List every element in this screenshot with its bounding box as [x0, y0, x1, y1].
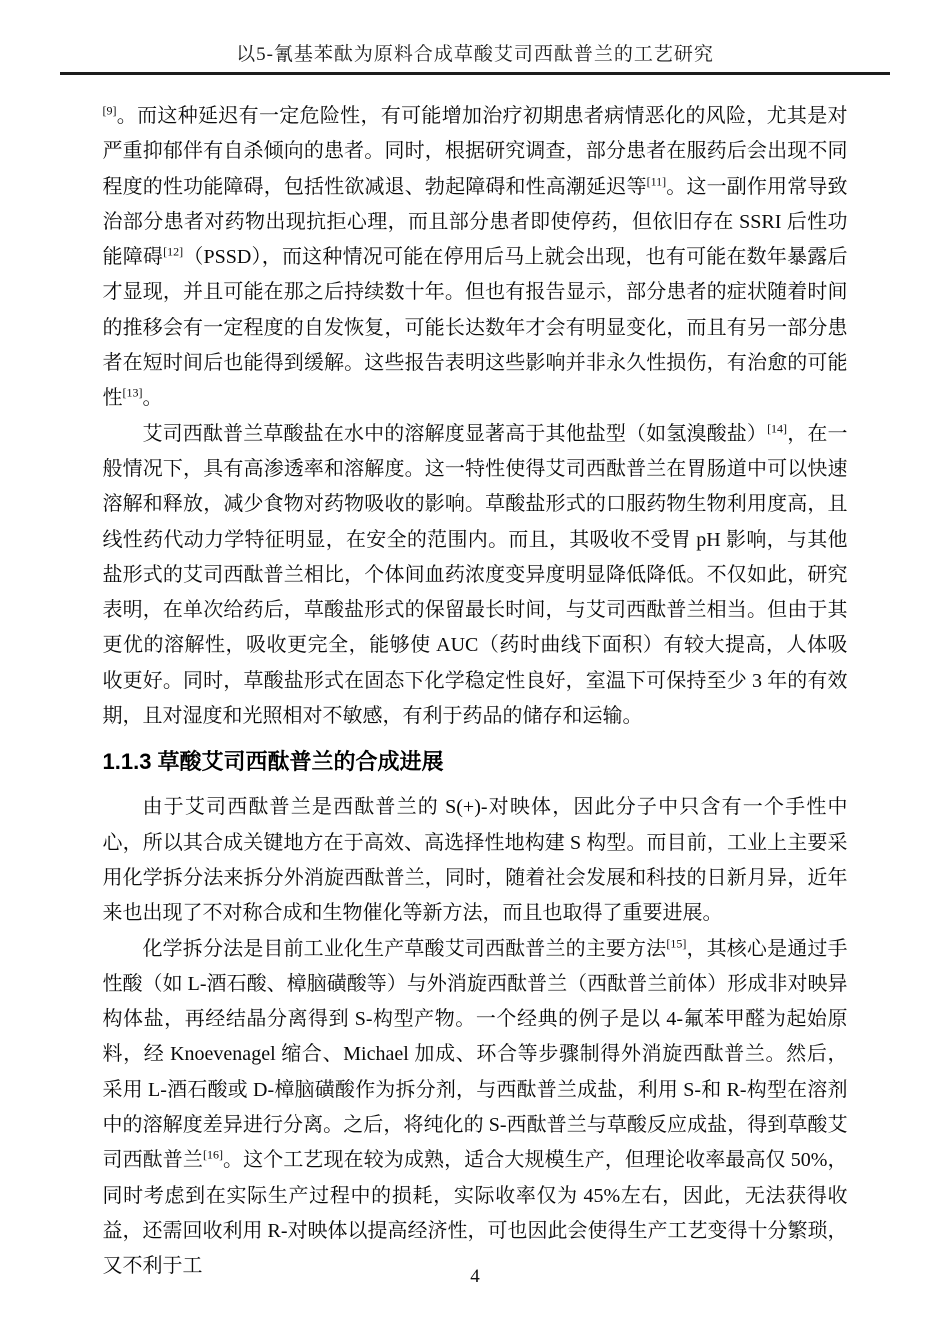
page-header: 以5-氰基苯酞为原料合成草酸艾司西酞普兰的工艺研究 — [0, 0, 950, 75]
running-head-title: 以5-氰基苯酞为原料合成草酸艾司西酞普兰的工艺研究 — [0, 0, 950, 66]
citation-ref: [14] — [767, 421, 787, 435]
paragraph-oxalate-solubility: 艾司西酞普兰草酸盐在水中的溶解度显著高于其他盐型（如氢溴酸盐）[14]，在一般情… — [103, 417, 848, 735]
paragraph-chemical-resolution: 化学拆分法是目前工业化生产草酸艾司西酞普兰的主要方法[15]，其核心是通过手性酸… — [103, 932, 848, 1285]
citation-ref: [15] — [666, 936, 686, 950]
document-body: [9]。而这种延迟有一定危险性，有可能增加治疗初期患者病情恶化的风险，尤其是对严… — [103, 99, 848, 1285]
document-page: 以5-氰基苯酞为原料合成草酸艾司西酞普兰的工艺研究 [9]。而这种延迟有一定危险… — [0, 0, 950, 1344]
section-heading-1-1-3: 1.1.3 草酸艾司西酞普兰的合成进展 — [103, 744, 848, 780]
page-footer: 4 — [0, 1266, 950, 1288]
page-number: 4 — [470, 1266, 480, 1287]
citation-ref: [13] — [123, 386, 143, 400]
paragraph-delay-risk: [9]。而这种延迟有一定危险性，有可能增加治疗初期患者病情恶化的风险，尤其是对严… — [103, 99, 848, 417]
citation-ref: [11] — [647, 174, 667, 188]
citation-ref: [16] — [203, 1148, 223, 1162]
citation-ref: [9] — [103, 103, 117, 117]
paragraph-enantiomer-synthesis: 由于艾司西酞普兰是西酞普兰的 S(+)-对映体，因此分子中只含有一个手性中心，所… — [103, 790, 848, 931]
header-rule — [60, 72, 890, 75]
citation-ref: [12] — [163, 245, 183, 259]
